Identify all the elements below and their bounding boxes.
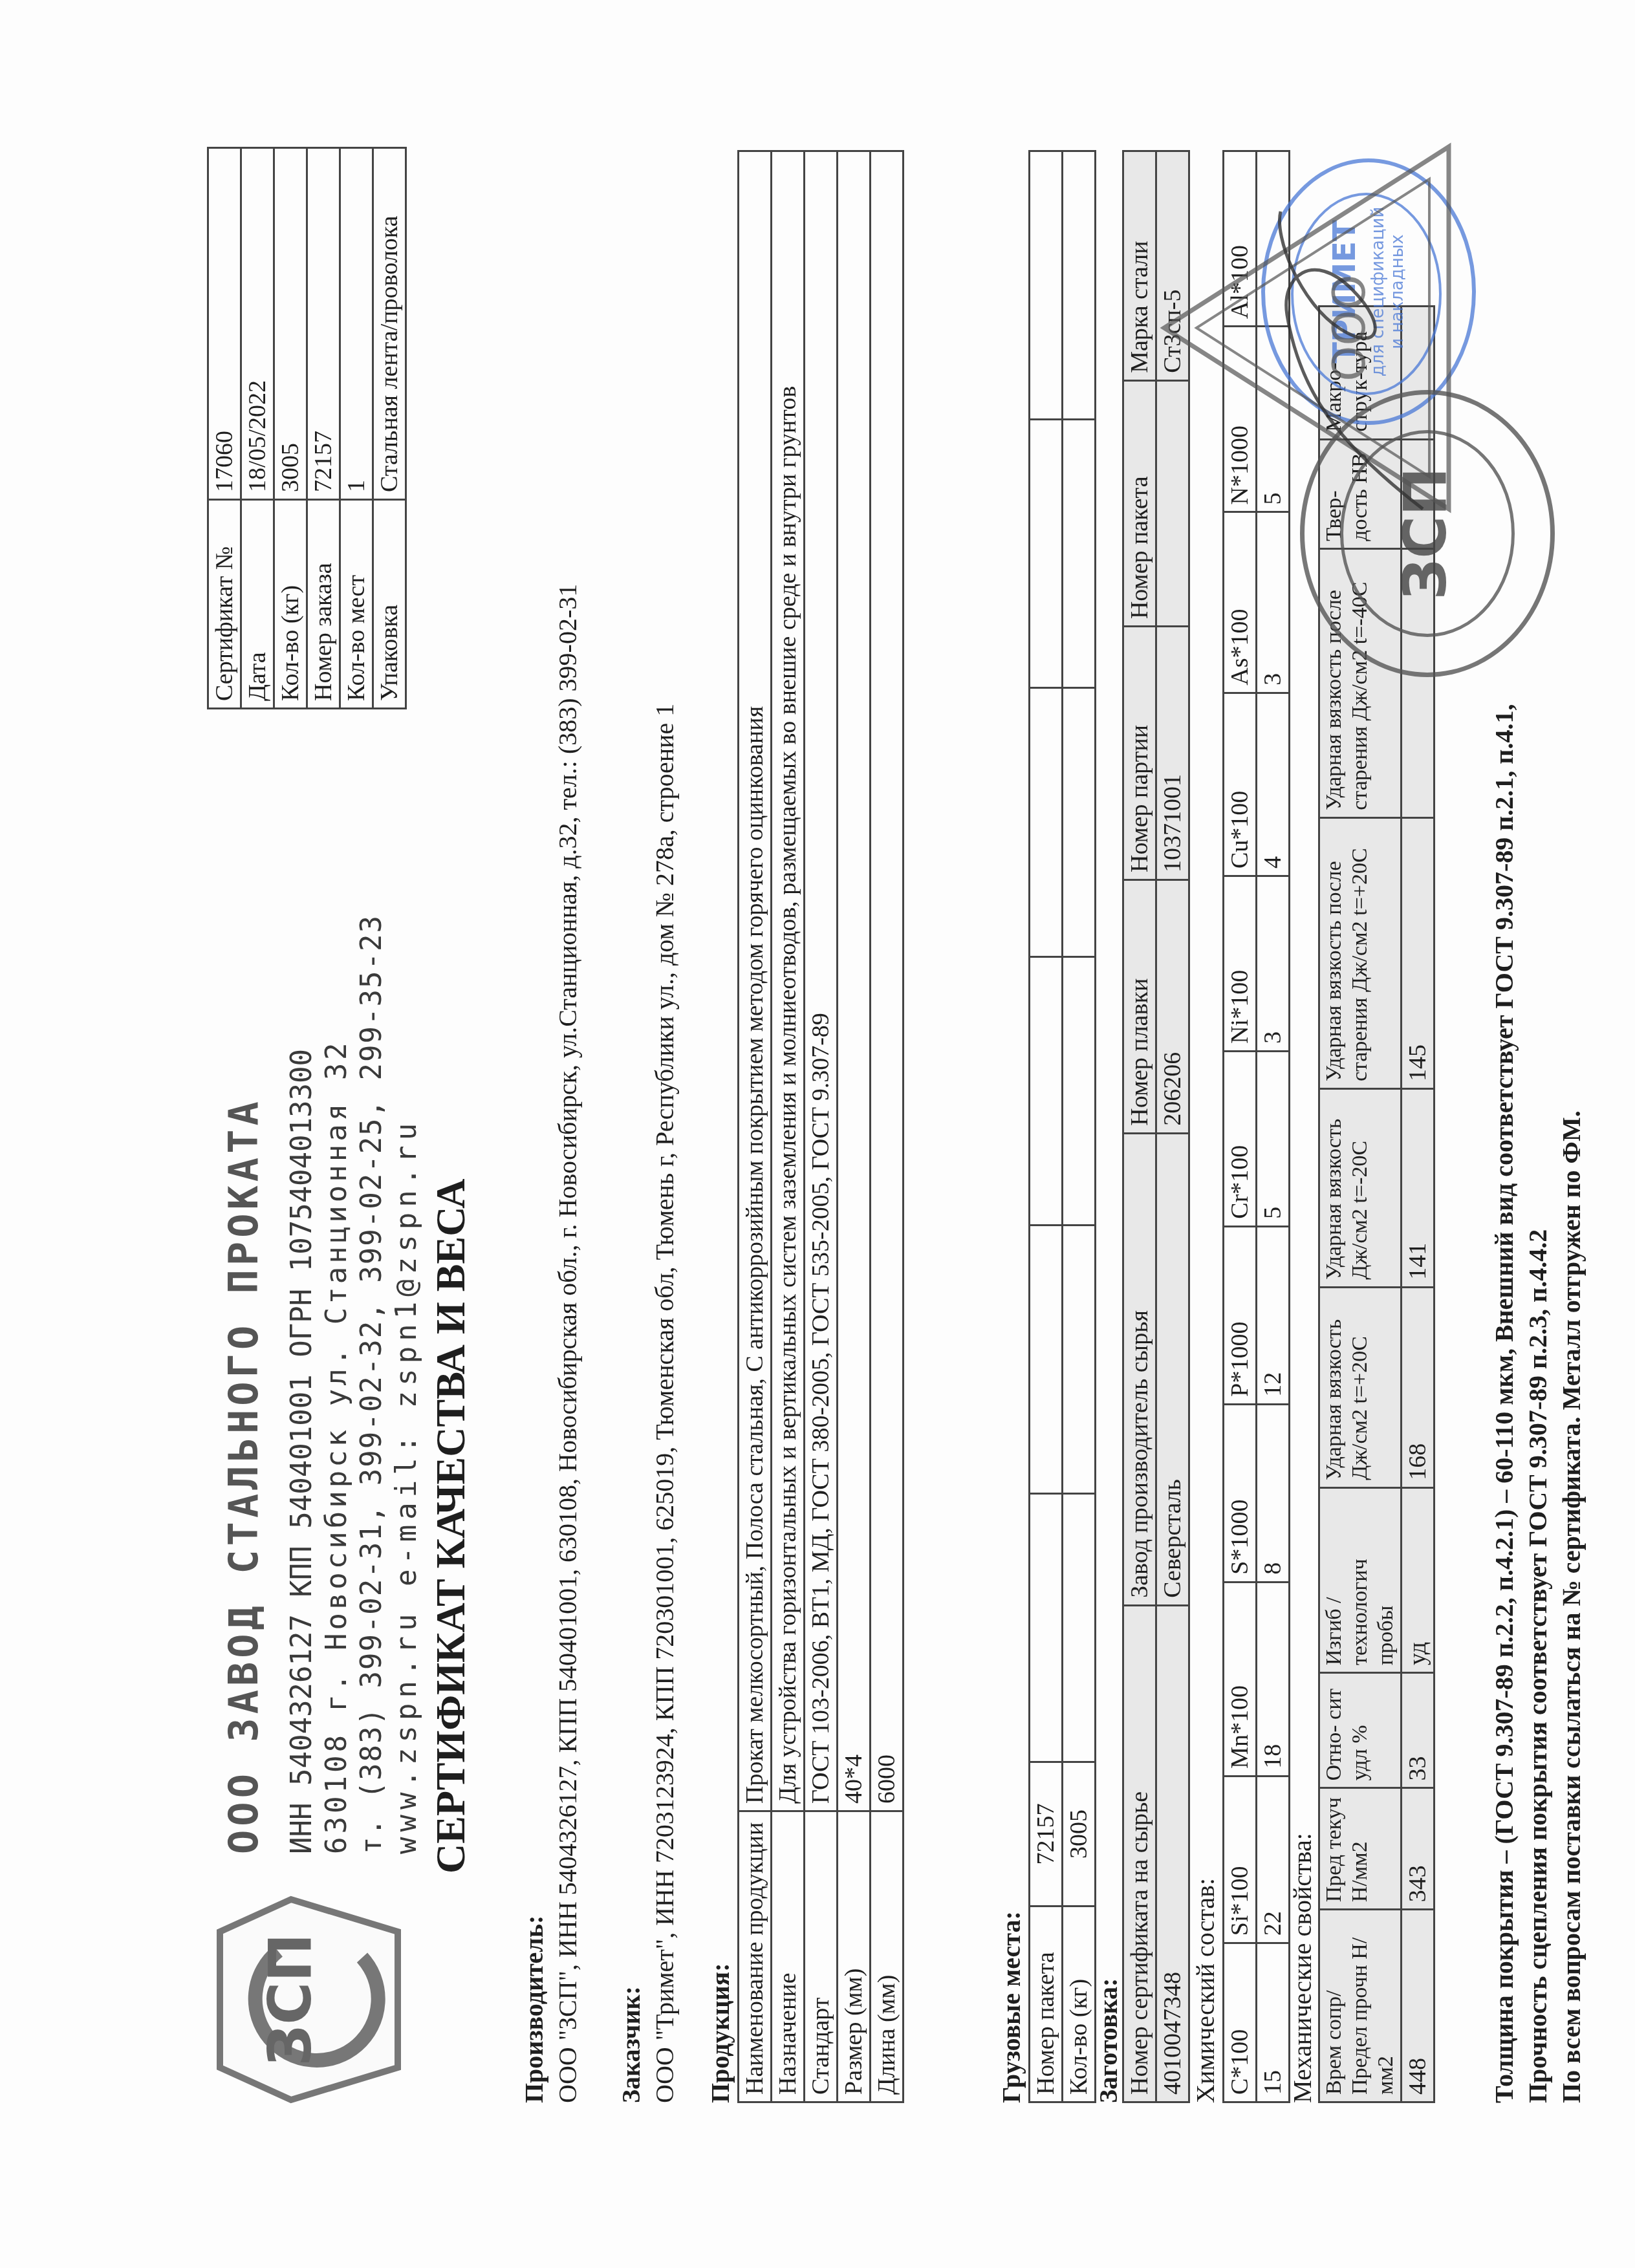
mechanics-value: 33: [1402, 1672, 1435, 1787]
mechanics-value: 448: [1402, 1910, 1435, 2102]
letterhead-details: ИНН 5404326127 КПП 540401001 ОГРН 107540…: [285, 914, 424, 1854]
summary-value: 17060: [208, 148, 241, 500]
mechanics-label: Механические свойства:: [1287, 1833, 1317, 2103]
producer-label: Производитель:: [517, 584, 551, 2103]
cargo-label: Грузовые места:: [996, 1911, 1026, 2103]
product-row: Размер (мм)40*4: [838, 151, 871, 2102]
cargo-empty-cell: [1063, 956, 1096, 1225]
product-label: Длина (мм): [871, 1811, 904, 2102]
product-row: НазначениеДля устройства горизонтальных …: [772, 151, 805, 2102]
product-table: Наименование продукцииПрокат мелкосортны…: [737, 150, 904, 2103]
product-value: 40*4: [838, 151, 871, 1811]
summary-label: Номер заказа: [307, 500, 340, 709]
chemistry-value: 4: [1257, 693, 1290, 876]
summary-value: 3005: [274, 148, 307, 500]
svg-text:ЗСП: ЗСП: [257, 1933, 325, 2066]
chemistry-header: Cr*100: [1224, 1051, 1257, 1226]
summary-value: 1: [340, 148, 373, 500]
chemistry-value: 18: [1257, 1582, 1290, 1776]
mechanics-value: уд: [1402, 1487, 1435, 1672]
billet-header: Завод производитель сырья: [1123, 1133, 1156, 1605]
letterhead-line2: 630108 г. Новосибирск ул. Станционная 32: [319, 914, 354, 1854]
billet-value: Северсталь: [1156, 1133, 1189, 1605]
cargo-empty-cell: [1030, 956, 1063, 1225]
letterhead-line4: www.zspn.ru e-mail: zspn1@zspn.ru: [389, 914, 424, 1854]
summary-label: Кол-во мест: [340, 500, 373, 709]
billet-header: Номер сертификата на сырье: [1123, 1605, 1156, 2102]
note-line: По всем вопросам поставки ссылаться на №…: [1555, 163, 1588, 2103]
chemistry-value: 12: [1257, 1226, 1290, 1404]
cargo-value: 3005: [1063, 1762, 1096, 1906]
chemistry-header: Ni*100: [1224, 876, 1257, 1052]
cargo-empty-cell: [1063, 688, 1096, 956]
chemistry-value: 15: [1257, 1943, 1290, 2102]
cargo-empty-cell: [1063, 420, 1096, 688]
chemistry-value: 8: [1257, 1404, 1290, 1582]
certificate-page: ЗСП ООО ЗАВОД СТАЛЬНОГО ПРОКАТА ИНН 5404…: [0, 0, 1635, 2268]
cargo-empty-cell: [1030, 420, 1063, 688]
cargo-empty-cell: [1030, 1225, 1063, 1493]
signature-icon: [1261, 199, 1455, 522]
product-value: ГОСТ 103-2006, ВТ1, МД, ГОСТ 380-2005, Г…: [805, 151, 838, 1811]
mechanics-value: 141: [1402, 1089, 1435, 1288]
summary-row: Кол-во мест1: [340, 148, 373, 709]
producer-block: Производитель: ООО "ЗСП", ИНН 5404326127…: [517, 584, 585, 2103]
mechanics-value: 168: [1402, 1287, 1435, 1487]
summary-label: Сертификат №: [208, 500, 241, 709]
zsp-logo-icon: ЗСП: [213, 1893, 407, 2106]
cargo-empty-cell: [1030, 151, 1063, 420]
chemistry-value: 3: [1257, 876, 1290, 1052]
billet-header: Номер партии: [1123, 627, 1156, 880]
summary-label: Упаковка: [373, 500, 406, 709]
cargo-label: Кол-во (кг): [1063, 1906, 1096, 2102]
chemistry-header: P*1000: [1224, 1226, 1257, 1404]
product-label: Стандарт: [805, 1811, 838, 2102]
company-name: ООО ЗАВОД СТАЛЬНОГО ПРОКАТА: [220, 1097, 267, 1854]
summary-row: Сертификат №17060: [208, 148, 241, 709]
cargo-value: 72157: [1030, 1762, 1063, 1906]
chemistry-label: Химический состав:: [1190, 1878, 1220, 2103]
product-row: СтандартГОСТ 103-2006, ВТ1, МД, ГОСТ 380…: [805, 151, 838, 2102]
summary-label: Кол-во (кг): [274, 500, 307, 709]
billet-label: Заготовка:: [1093, 1978, 1123, 2103]
product-value: Прокат мелкосортный, Полоса стальная, С …: [739, 151, 772, 1811]
product-row: Наименование продукцииПрокат мелкосортны…: [739, 151, 772, 2102]
mechanics-header: Отно- сит удл %: [1319, 1672, 1402, 1787]
product-row: Длина (мм)6000: [871, 151, 904, 2102]
billet-header: Номер плавки: [1123, 880, 1156, 1134]
chemistry-value: 3: [1257, 512, 1290, 693]
chemistry-header: C*100: [1224, 1943, 1257, 2102]
chemistry-header: Si*100: [1224, 1776, 1257, 1943]
mechanics-header: Ударная вязкость Дж/см2 t=-20С: [1319, 1089, 1402, 1288]
chemistry-value: 5: [1257, 1051, 1290, 1226]
product-label: Назначение: [772, 1811, 805, 2102]
chemistry-header: As*100: [1224, 512, 1257, 693]
summary-row: Номер заказа72157: [307, 148, 340, 709]
billet-value: 206206: [1156, 880, 1189, 1134]
customer-block: Заказчик: ООО "Тримет", ИНН 7203123924, …: [614, 704, 682, 2103]
mechanics-header: Ударная вязкость Дж/см2 t=+20С: [1319, 1287, 1402, 1487]
summary-row: Кол-во (кг)3005: [274, 148, 307, 709]
mechanics-value: 343: [1402, 1788, 1435, 1910]
cargo-empty-cell: [1063, 151, 1096, 420]
cargo-empty-cell: [1063, 1493, 1096, 1762]
summary-table: Сертификат №17060Дата18/05/2022Кол-во (к…: [207, 147, 407, 709]
product-label: Продукция:: [705, 1963, 735, 2103]
product-label: Наименование продукции: [739, 1811, 772, 2102]
summary-label: Дата: [241, 500, 274, 709]
cargo-label: Номер пакета: [1030, 1906, 1063, 2102]
customer-text: ООО "Тримет", ИНН 7203123924, КПП 720301…: [648, 704, 682, 2103]
summary-value: Стальная лента/проволока: [373, 148, 406, 500]
summary-row: Дата18/05/2022: [241, 148, 274, 709]
product-label: Размер (мм): [838, 1811, 871, 2102]
document-title: СЕРТИФИКАТ КАЧЕСТВА И ВЕСА: [427, 1179, 475, 1874]
product-value: Для устройства горизонтальных и вертикал…: [772, 151, 805, 1811]
mechanics-header: Врем сопр/ Предел прочн Н/мм2: [1319, 1910, 1402, 2102]
billet-value: 4010047348: [1156, 1605, 1189, 2102]
mechanics-value: 145: [1402, 817, 1435, 1088]
cargo-empty-cell: [1030, 688, 1063, 956]
summary-row: УпаковкаСтальная лента/проволока: [373, 148, 406, 709]
letterhead-line1: ИНН 5404326127 КПП 540401001 ОГРН 107540…: [285, 914, 319, 1854]
letterhead-line3: т. (383) 399-02-31, 399-02-32, 399-02-25…: [354, 914, 389, 1854]
cargo-row: Кол-во (кг)3005: [1063, 151, 1096, 2102]
cargo-row: Номер пакета72157: [1030, 151, 1063, 2102]
chemistry-header: Cu*100: [1224, 693, 1257, 876]
cargo-empty-cell: [1063, 1225, 1096, 1493]
producer-text: ООО "ЗСП", ИНН 5404326127, КПП 540401001…: [551, 584, 585, 2103]
product-value: 6000: [871, 151, 904, 1811]
chemistry-value: 22: [1257, 1776, 1290, 1943]
chemistry-header: Mn*100: [1224, 1582, 1257, 1776]
mechanics-header: Изгиб / технологич пробы: [1319, 1487, 1402, 1672]
mechanics-header: Ударная вязкость после старения Дж/см2 t…: [1319, 817, 1402, 1088]
billet-value: 10371001: [1156, 627, 1189, 880]
customer-label: Заказчик:: [614, 704, 648, 2103]
cargo-table: Номер пакета72157Кол-во (кг)3005: [1028, 150, 1096, 2103]
summary-value: 18/05/2022: [241, 148, 274, 500]
summary-value: 72157: [307, 148, 340, 500]
cargo-empty-cell: [1030, 1493, 1063, 1762]
mechanics-header: Пред текуч Н/мм2: [1319, 1788, 1402, 1910]
chemistry-header: S*1000: [1224, 1404, 1257, 1582]
